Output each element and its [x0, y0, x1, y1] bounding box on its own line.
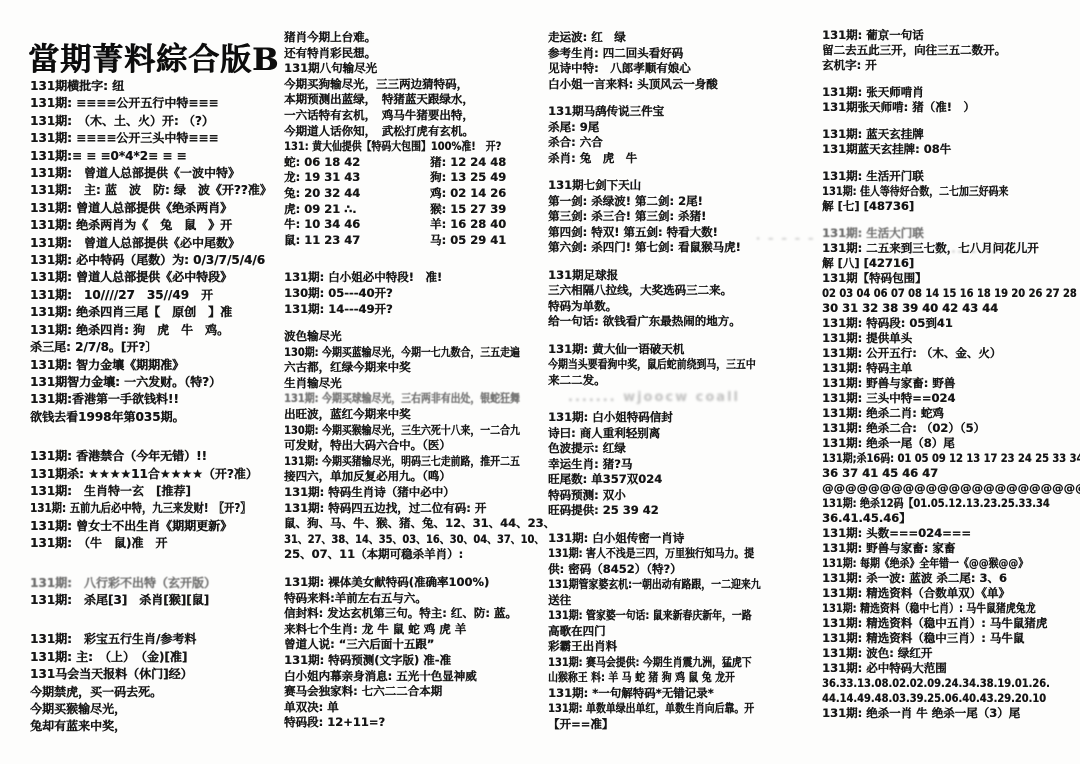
text-line: 131期: 白小姐传密一肖诗	[548, 531, 810, 547]
text-line: 六古都，红绿今期来中奖	[284, 360, 542, 376]
text-line: 131期张天师啃: 猪（准! ）	[822, 100, 1078, 115]
text-line: 131期: 提供单头	[822, 331, 1078, 346]
text-line: 30 31 32 38 39 40 42 43 44	[822, 301, 1078, 316]
watermark-smudge: ....... wjoocw coall	[568, 390, 788, 405]
text-line: 130期: 今期买蓝输尽光，今期一七九数合，三五走遍	[284, 345, 506, 361]
text-line: 杀肖: 兔 虎 牛	[548, 151, 810, 167]
watermark-smudge: – ·– – ––	[938, 245, 999, 258]
text-line: 鼠、狗、马、牛、猴、猪、兔、12、31、44、23、	[284, 516, 542, 532]
text-line: 131期: 白小姐必中特段! 准!	[284, 270, 542, 286]
text-line: 解 [八] [42716]	[822, 256, 1078, 271]
zodiac-number-row: 牛: 10 34 46羊: 16 28 40	[284, 217, 542, 233]
text-line: 131期: 绝杀二合: （02）（5）	[822, 421, 1078, 436]
text-line: 131期足球报	[548, 268, 810, 284]
zodiac-cell-left: 鼠: 11 23 47	[284, 233, 430, 249]
text-line: 131期: 野兽与家畜: 家畜	[822, 541, 1078, 556]
text-line: 131期: 波色: 绿红开	[822, 646, 1078, 661]
text-line: 131期: 曾道人总部提供《必中尾数》	[30, 235, 282, 252]
text-line: 131期横批字: 纽	[30, 78, 282, 95]
text-line: 130期: 05---40开?	[284, 286, 542, 302]
text-line: 131期: 野兽与家畜: 野兽	[822, 376, 1078, 391]
text-line: 送往	[548, 593, 810, 609]
watermark-smudge: · – – – –	[756, 232, 816, 245]
text-line: 131期;杀16码: 01 05 09 12 13 17 23 24 25 33…	[822, 451, 1042, 466]
text-line: 杀合: 六合	[548, 135, 810, 151]
text-line: 131期杀: ★★★★11合★★★★（开?准）	[30, 466, 282, 483]
text-line: 131期: 单数单绿出单红，单数生肖向后靠。开	[548, 701, 773, 717]
text-line: 131期: 彩宝五行生肖/参考料	[30, 631, 282, 648]
text-line: 131期: 曾女士不出生肖《期期更新》	[30, 518, 282, 535]
text-line: 一六话特有玄机， 鸡马牛猪要出特，	[284, 108, 542, 124]
text-line: 131期: ≡≡≡≡公开五行中特≡≡≡	[30, 95, 282, 112]
text-line: 131期: 特码段: 05到41	[822, 316, 1078, 331]
zodiac-cell-right: 猴: 15 27 39	[430, 202, 506, 216]
text-line: 玄机字: 开	[822, 58, 1078, 73]
text-line: 44.14.49.48.03.39.25.06.40.43.29.20.10	[822, 691, 1042, 706]
text-line: 131期: 葡京一句话	[822, 28, 1078, 43]
zodiac-cell-left: 虎: 09 21 ∴.	[284, 202, 430, 218]
text-line: 给一句话: 欲钱看广东最热闹的地方。	[548, 314, 810, 330]
zodiac-cell-right: 马: 05 29 41	[430, 233, 506, 247]
text-line: 36.41.45.46】	[822, 511, 1078, 526]
text-line: 可发财，特出大码六合中。（医）	[284, 438, 542, 454]
text-line: 信封料: 发达玄机第三句。特主: 红、防: 蓝。	[284, 606, 542, 622]
text-line: 131期: 头数===024===	[822, 526, 1078, 541]
text-line: 走运波: 红 绿	[548, 30, 810, 46]
text-line: 131期: 今期买猪输尽光，明码三七走前路，推开二五	[284, 454, 506, 470]
text-line: 131期八句输尽光	[284, 61, 542, 77]
text-line: 131期: 曾道人总部提供《一波中特》	[30, 165, 282, 182]
text-line: 留二去五此三开，向往三五二数开。	[822, 43, 1078, 58]
zodiac-number-row: 虎: 09 21 ∴.猴: 15 27 39	[284, 202, 542, 218]
text-line: 36.33.13.08.02.02.09.24.34.38.19.01.26.	[822, 676, 1042, 691]
text-line: 见诗中特: 八郎孝顺有娘心	[548, 61, 810, 77]
text-line: 131期: 必中特码（尾数）为: 0/3/7/5/4/6	[30, 252, 282, 269]
text-line: 131期: 五前九后必中特，九三来发财! 〖开?〗	[30, 500, 247, 517]
text-line: 131期: 主: （上） （金)[准]	[30, 649, 282, 666]
page-title: 當期菁料綜合版B	[28, 34, 279, 79]
text-line: 来料七个生肖: 龙 牛 鼠 蛇 鸡 虎 羊	[284, 622, 542, 638]
text-line: 131期: 精选资料（稳中五肖）: 马牛鼠猪虎	[822, 616, 1078, 631]
text-line: 猪肖今期上台难。	[284, 30, 542, 46]
text-line: 【开==准】	[548, 717, 810, 733]
zodiac-cell-right: 猪: 12 24 48	[430, 155, 506, 169]
text-line: 131期: 害人不浅是三四，万里独行知马力。提	[548, 546, 773, 562]
text-line: 131期: 公开五行: （木、金、火）	[822, 346, 1078, 361]
text-line: 高歌在四门	[548, 624, 810, 640]
text-line: 赛马会独家料: 七六二二合本期	[284, 684, 542, 700]
text-line: 131期: 绝杀二肖: 蛇鸡	[822, 406, 1078, 421]
zodiac-number-row: 兔: 20 32 44鸡: 02 14 26	[284, 186, 542, 202]
text-line: 曾道人说: “三六后面十五跟”	[284, 637, 542, 653]
text-line: 131期: 蓝天玄挂牌	[822, 127, 1078, 142]
text-line: 131期: 生活大门联	[822, 226, 1078, 241]
text-line: 31、27、38、14、35、03、16、30、04、37、10、	[284, 532, 506, 548]
column-1: 131期横批字: 纽131期: ≡≡≡≡公开五行中特≡≡≡131期: （木、土、…	[30, 78, 282, 736]
zodiac-cell-left: 龙: 19 31 43	[284, 170, 430, 186]
text-line: 131期: 佳人等待好合数，二七加三好码来	[822, 184, 1042, 199]
text-line: 131期: 特码生肖诗（猪中必中）	[284, 485, 542, 501]
text-line: 131期: 绝杀一肖 牛 绝杀一尾（3）尾	[822, 706, 1078, 721]
text-line: 131期: （牛 鼠)准 开	[30, 535, 282, 552]
text-line: 131期: 14---49开?	[284, 302, 542, 318]
text-line: 今期买狗输尽光，三三两边猜特码，	[284, 77, 542, 93]
text-line: 彩霸王出肖料	[548, 639, 810, 655]
text-line: 131期马鸹传说三件宝	[548, 104, 810, 120]
text-line: 本期预测出蓝绿， 特猪蓝天跟绿水，	[284, 92, 542, 108]
text-line: 36 37 41 45 46 47	[822, 466, 1078, 481]
text-line: 杀三尾: 2/7/8。[开?〕	[30, 339, 282, 356]
text-line: 131期管家婆玄机:一朝出动有路跟，一二迎来九	[548, 577, 773, 593]
text-line: 131期智力金壤: 一六发财。（特?）	[30, 374, 282, 391]
text-line: 欲钱去看1998年第035期。	[30, 409, 282, 426]
text-line: 131期: 10////27 35//49 开	[30, 287, 282, 304]
column-3: 走运波: 红 绿参考生肖: 四二回头看好码见诗中特: 八郎孝顺有娘心白小姐一言来…	[548, 30, 810, 732]
text-line: 今期买猴输尽光，	[30, 701, 282, 718]
text-line: 131期: 裸体美女献特码(准确率100%)	[284, 575, 542, 591]
text-line: 特码段: 12+11=?	[284, 715, 542, 731]
text-line: 131期: 绝杀四肖三尾【 原创 】准	[30, 304, 282, 321]
text-line: 131期: 曾道人总部提供《必中特段》	[30, 269, 282, 286]
text-line: 131: 黄大仙提供【特码大包围】100%准! 开?	[284, 139, 506, 155]
text-line: 生肖输尽光	[284, 376, 542, 392]
column-4: 131期: 葡京一句话留二去五此三开，向往三五二数开。玄机字: 开131期: 张…	[822, 28, 1078, 721]
text-line: 今期禁虎，买一码去死。	[30, 684, 282, 701]
text-line: 杀尾: 9尾	[548, 120, 810, 136]
zodiac-cell-left: 牛: 10 34 46	[284, 217, 430, 233]
text-line: 131期: ≡≡≡≡公开三头中特≡≡≡	[30, 130, 282, 147]
text-line: 供: 密码（8452）（特?）	[548, 562, 810, 578]
zodiac-cell-left: 兔: 20 32 44	[284, 186, 430, 202]
text-line: 131期: 绝杀一尾（8）尾	[822, 436, 1078, 451]
text-line: 131期: *一句解特码*无错记录*	[548, 686, 810, 702]
text-line: 131期: 特码预测(文字版) 准-准	[284, 653, 542, 669]
text-line: 131期: 白小姐特码信封	[548, 410, 810, 426]
text-line: 131期: 杀一波: 蓝波 杀二尾: 3、6	[822, 571, 1078, 586]
text-line: 单双决: 单	[284, 700, 542, 716]
column-2: 猪肖今期上台难。还有特肖彩民想。131期八句输尽光今期买狗输尽光，三三两边猜特码…	[284, 30, 542, 731]
text-line: 特码为单数。	[548, 299, 810, 315]
text-line: 131期: 绝杀12码【01.05.12.13.23.25.33.34	[822, 496, 1042, 511]
text-line: 参考生肖: 四二回头看好码	[548, 46, 810, 62]
text-line: 131马会当天报料（休门]经）	[30, 666, 282, 683]
text-line: 旺码提供: 25 39 42	[548, 503, 810, 519]
zodiac-number-row: 龙: 19 31 43狗: 13 25 49	[284, 170, 542, 186]
text-line: 131期: 曾道人总部提供《绝杀两肖》	[30, 200, 282, 217]
text-line: 白小姐一言来料: 头顶风云一身酸	[548, 77, 810, 93]
zodiac-cell-right: 鸡: 02 14 26	[430, 186, 506, 200]
zodiac-number-row: 鼠: 11 23 47马: 05 29 41	[284, 233, 542, 249]
text-line: 幸运生肖: 猪?马	[548, 457, 810, 473]
text-line: 131期【特码包围】	[822, 271, 1078, 286]
text-line: 解 [七] [48736]	[822, 199, 1078, 214]
text-line: 131期: 香港禁合（今年无错）!!	[30, 448, 282, 465]
text-line: 131期: 八行彩不出特（玄开版）	[30, 575, 282, 592]
text-line: 第一剑: 杀绿波! 第二剑: 2尾!	[548, 194, 810, 210]
text-line: 131期: 管家婆一句话: 鼠来新春庆新年，一路	[548, 608, 773, 624]
lottery-tip-sheet: 當期菁料綜合版B 131期横批字: 纽131期: ≡≡≡≡公开五行中特≡≡≡13…	[0, 0, 1080, 764]
text-line: 131期: 张天师啃肖	[822, 85, 1078, 100]
text-line: 131期: 绝杀四肖: 狗 虎 牛 鸡。	[30, 322, 282, 339]
text-line: 三六相隔八拉线，大奖选码三二来。	[548, 283, 810, 299]
zodiac-number-row: 蛇: 06 18 42猪: 12 24 48	[284, 155, 542, 171]
text-line: 131期: 精选资料（稳中三肖）: 马牛鼠	[822, 631, 1078, 646]
text-line: 131期:香港第一手欲钱料!!	[30, 391, 282, 408]
text-line: 131期: 生肖特一玄 [推荐]	[30, 483, 282, 500]
zodiac-cell-right: 羊: 16 28 40	[430, 217, 506, 231]
text-line: 25、07、11（本期可稳杀羊肖）:	[284, 547, 542, 563]
text-line: 今期当头要看狗中奖，鼠后蛇前绕到马，三五中	[548, 357, 773, 373]
text-line: 131期: 三头中特==024	[822, 391, 1078, 406]
text-line: 波色输尽光	[284, 329, 542, 345]
text-line: 131期: 杀尾[3] 杀肖[猴][鼠]	[30, 592, 282, 609]
text-line: 接四六，单加反复必用九。（鸣）	[284, 469, 542, 485]
text-line: 131期: 赛马会提供: 今期生肖震九洲，猛虎下	[548, 655, 773, 671]
zodiac-cell-left: 蛇: 06 18 42	[284, 155, 430, 171]
text-line: 02 03 04 06 07 08 14 15 16 18 19 20 26 2…	[822, 286, 1042, 301]
text-line: 旺尾数: 单357双024	[548, 472, 810, 488]
text-line: 131期: 主: 蓝 波 防: 绿 波《开??准》	[30, 182, 282, 199]
text-line: @@@@@@@@@@@@@@@@@@@@@@@@	[822, 481, 1078, 496]
text-line: 今期道人话你知， 武松打虎有玄机。	[284, 124, 542, 140]
text-line: 131期: 黄大仙一语破天机	[548, 342, 810, 358]
text-line: 还有特肖彩民想。	[284, 46, 542, 62]
text-line: 131期:≡ ≡ ≡0*4*2≡ ≡ ≡	[30, 148, 282, 165]
text-line: 色波提示: 红绿	[548, 441, 810, 457]
text-line: 特码预测: 双小	[548, 488, 810, 504]
text-line: 131期七剑下天山	[548, 178, 810, 194]
text-line: 131期: 今期买球输尽光，三右两非有出处，银蛇狂舞	[284, 391, 506, 407]
zodiac-cell-right: 狗: 13 25 49	[430, 170, 506, 184]
text-line: 131期: 生活开门联	[822, 169, 1078, 184]
text-line: 来二二发。	[548, 373, 810, 389]
text-line: 131期: 精选资料（合数单双）《单》	[822, 586, 1078, 601]
text-line: 131期: 特码主单	[822, 361, 1078, 376]
text-line: 特码来料:羊前左右五与六。	[284, 591, 542, 607]
text-line: 130期: 今期买猴输尽光，三生六死十八来，一二合九	[284, 423, 506, 439]
text-line: 131期: 精选资料（稳中七肖）: 马牛鼠猪虎兔龙	[822, 601, 1042, 616]
text-line: 131期: （木、土、火）开: （?）	[30, 113, 282, 130]
text-line: 131期: 必中特码大范围	[822, 661, 1078, 676]
text-line: 诗曰: 商人重利轻别离	[548, 426, 810, 442]
text-line: 第三剑: 杀三合! 第三剑: 杀猪!	[548, 209, 810, 225]
text-line: 131期: 绝杀两肖为《 兔 鼠 》开	[30, 217, 282, 234]
text-line: 131期: 智力金壤《期期准》	[30, 357, 282, 374]
text-line: 131期: 每期《绝杀》全年错一《@@猴@@》	[822, 556, 1042, 571]
text-line: 兔却有蓝来中奖，	[30, 718, 282, 735]
text-line: 出旺波，蓝红今期来中奖	[284, 407, 542, 423]
text-line: 131期: 特码四五边找，过二位有码: 开	[284, 501, 542, 517]
text-line: 山猴称王 料: 羊 马 蛇 猪 狗 鸡 鼠 兔 龙开	[548, 670, 773, 686]
text-line: 131期蓝天玄挂牌: 08牛	[822, 142, 1078, 157]
text-line: 白小姐内幕亲身消息: 五光十色显神威	[284, 669, 542, 685]
